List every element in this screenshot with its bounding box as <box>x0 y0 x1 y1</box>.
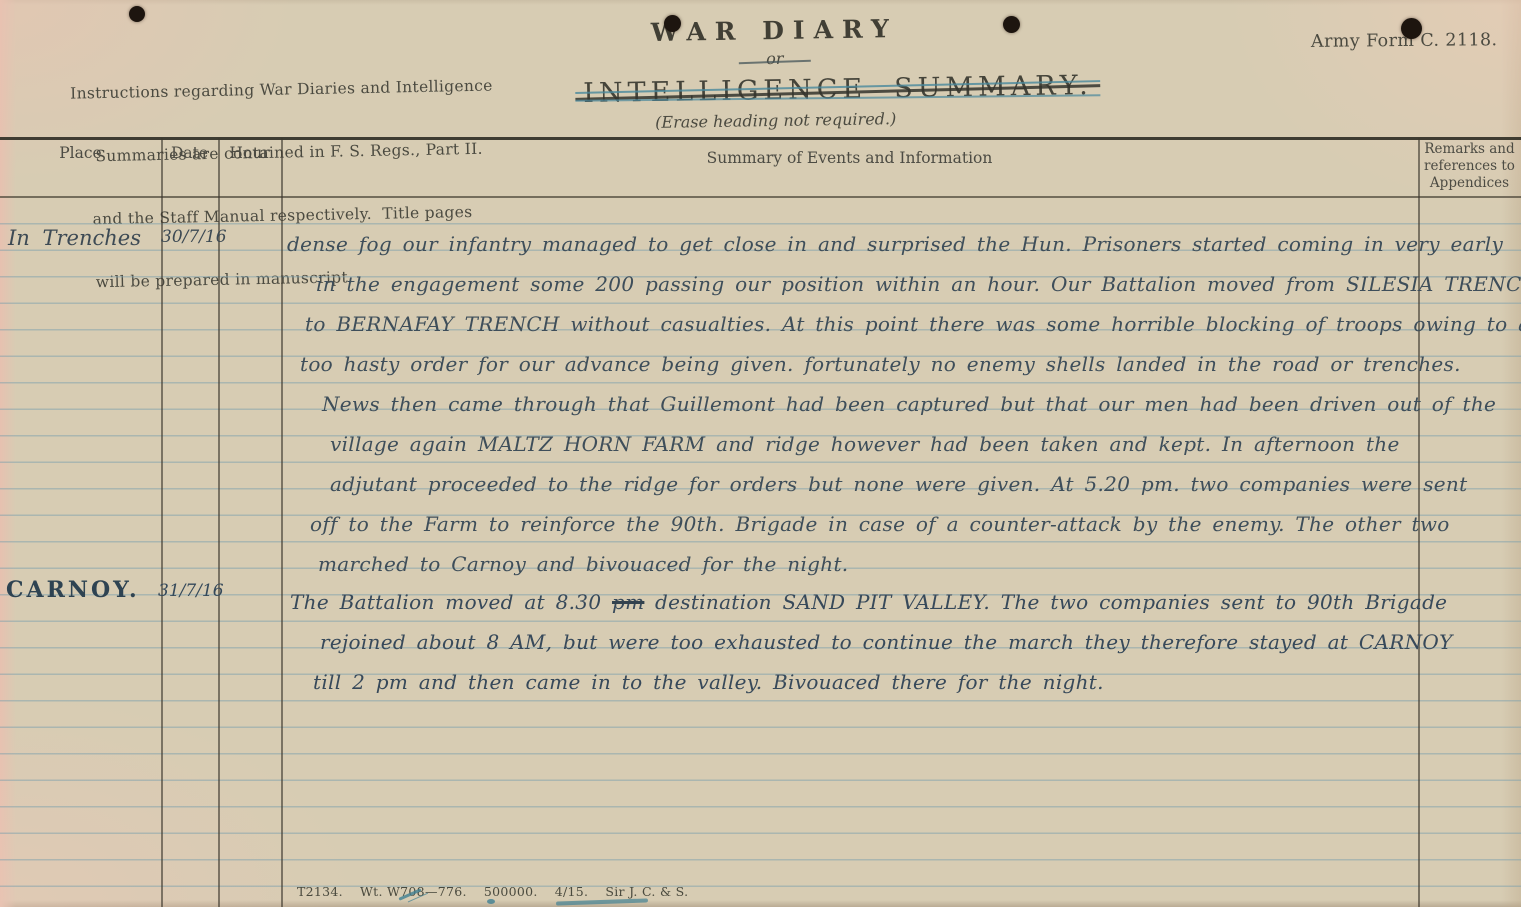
intelligence-summary-title: INTELLIGENCE SUMMARY. <box>583 70 1093 109</box>
summary-line: village again MALTZ HORN FARM and ridge … <box>330 424 1421 464</box>
summary-line: rejoined about 8 AM, but were too exhaus… <box>320 622 1421 662</box>
title-block: WAR DIARY or INTELLIGENCE SUMMARY. (Eras… <box>582 13 968 133</box>
col-header-hour: Hour <box>218 144 281 162</box>
summary-line: till 2 pm and then came in to the valley… <box>313 662 1421 702</box>
summary-line: too hasty order for our advance being gi… <box>300 344 1421 384</box>
col-header-remarks: Remarks and references to Appendices <box>1418 141 1521 192</box>
col-header-place: Place <box>0 144 161 162</box>
table-top-rule <box>0 137 1521 140</box>
entry-date: 30/7/16 <box>161 227 218 247</box>
entry-place: CARNOY. <box>6 577 140 603</box>
title-or: or <box>766 49 784 68</box>
entry-place: In Trenches <box>8 226 141 250</box>
summary-line: marched to Carnoy and bivouaced for the … <box>318 544 1421 584</box>
column-rule-place-date <box>161 138 163 907</box>
col-header-summary: Summary of Events and Information <box>281 149 1418 167</box>
entry-date: 31/7/16 <box>158 581 218 601</box>
war-diary-title: WAR DIARY <box>582 13 966 48</box>
summary-line: News then came through that Guillemont h… <box>322 384 1421 424</box>
punch-hole-icon <box>1003 16 1020 33</box>
summary-line: dense fog our infantry managed to get cl… <box>287 224 1421 264</box>
war-diary-page: Instructions regarding War Diaries and I… <box>0 0 1521 907</box>
punch-hole-icon <box>664 15 681 32</box>
punch-hole-icon <box>129 6 145 22</box>
title-or-row: or <box>583 46 967 76</box>
summary-line: in the engagement some 200 passing our p… <box>316 264 1421 304</box>
summary-text: The Battalion moved at 8.30 <box>290 590 612 614</box>
summary-line: The Battalion moved at 8.30 pm destinati… <box>290 582 1421 622</box>
entry-summary: dense fog our infantry managed to get cl… <box>281 224 1421 584</box>
punch-hole-icon <box>1401 18 1422 39</box>
remarks-header-line: references to <box>1418 158 1521 175</box>
remarks-header-line: Appendices <box>1418 175 1521 192</box>
col-header-date: Date <box>161 144 218 162</box>
summary-line: to BERNAFAY TRENCH without casualties. A… <box>305 304 1421 344</box>
summary-line: off to the Farm to reinforce the 90th. B… <box>310 504 1421 544</box>
instruction-line: Instructions regarding War Diaries and I… <box>70 76 460 104</box>
erase-heading-note: (Erase heading not required.) <box>584 108 968 133</box>
header-bottom-rule <box>0 196 1521 198</box>
printers-imprint: T2134. Wt. W708—776. 500000. 4/15. Sir J… <box>297 884 688 899</box>
column-rule-date-hour <box>218 138 220 907</box>
entry-summary: The Battalion moved at 8.30 pm destinati… <box>281 582 1421 702</box>
remarks-header-line: Remarks and <box>1418 141 1521 158</box>
struck-text: pm <box>612 590 644 614</box>
ink-mark <box>487 899 495 904</box>
summary-text: destination SAND PIT VALLEY. The two com… <box>644 590 1447 614</box>
summary-line: adjutant proceeded to the ridge for orde… <box>330 464 1421 504</box>
